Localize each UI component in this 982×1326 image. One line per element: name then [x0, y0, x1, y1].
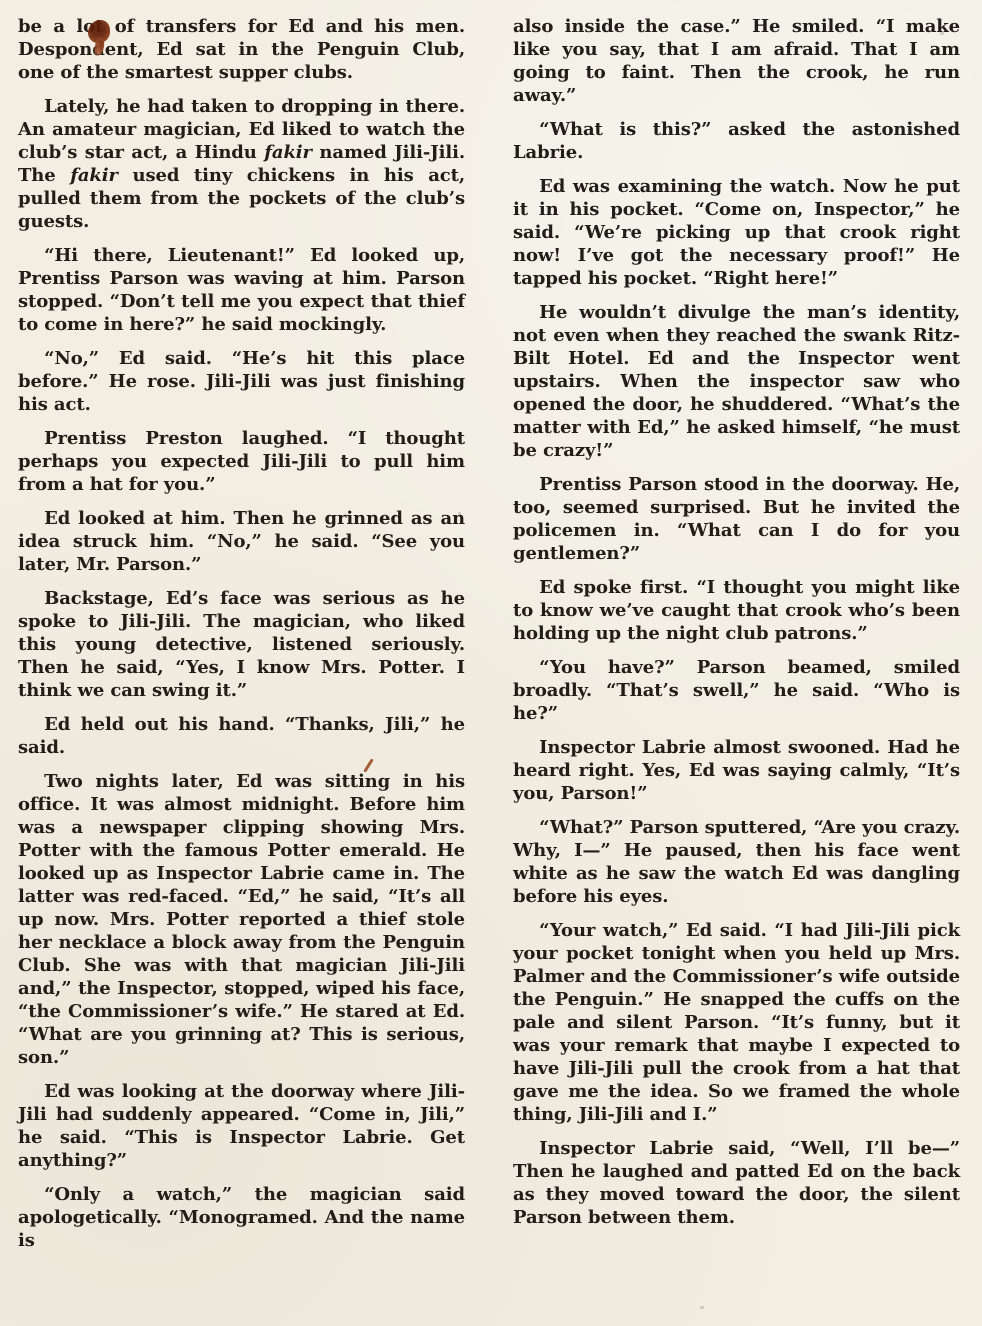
- paragraph: Ed spoke first. “I thought you might lik…: [513, 576, 960, 645]
- paragraph: Ed held out his hand. “Thanks, Jili,” he…: [18, 713, 465, 759]
- paragraph: Ed was examining the watch. Now he put i…: [513, 175, 960, 290]
- paragraph: “Hi there, Lieutenant!” Ed looked up, Pr…: [18, 244, 465, 336]
- paragraph: also inside the case.” He smiled. “I mak…: [513, 15, 960, 107]
- paragraph: “You have?” Parson beamed, smiled broadl…: [513, 656, 960, 725]
- paragraph: “Only a watch,” the magician said apolog…: [18, 1183, 465, 1252]
- paper-speckle: [458, 512, 461, 515]
- paper-speckle: [700, 1306, 704, 1309]
- paragraph: “What?” Parson sputtered, “Are you crazy…: [513, 816, 960, 908]
- left-column: be a lot of transfers for Ed and his men…: [18, 15, 465, 1318]
- paragraph: Ed looked at him. Then he grinned as an …: [18, 507, 465, 576]
- paragraph: “No,” Ed said. “He’s hit this place befo…: [18, 347, 465, 416]
- paragraph: Ed was looking at the doorway where Jili…: [18, 1080, 465, 1172]
- paragraph: He wouldn’t divulge the man’s identity, …: [513, 301, 960, 462]
- paragraph: Lately, he had taken to dropping in ther…: [18, 95, 465, 233]
- story-page: be a lot of transfers for Ed and his men…: [0, 0, 982, 1326]
- right-column: also inside the case.” He smiled. “I mak…: [513, 15, 960, 1318]
- paragraph: Prentiss Preston laughed. “I thought per…: [18, 427, 465, 496]
- paragraph: Inspector Labrie said, “Well, I’ll be—” …: [513, 1137, 960, 1229]
- paragraph: Prentiss Parson stood in the doorway. He…: [513, 473, 960, 565]
- paragraph: be a lot of transfers for Ed and his men…: [18, 15, 465, 84]
- paragraph: Backstage, Ed’s face was serious as he s…: [18, 587, 465, 702]
- paragraph: Inspector Labrie almost swooned. Had he …: [513, 736, 960, 805]
- ink-blot-stain: [88, 20, 110, 43]
- paragraph: “Your watch,” Ed said. “I had Jili-Jili …: [513, 919, 960, 1126]
- paragraph: “What is this?” asked the astonished Lab…: [513, 118, 960, 164]
- paragraph: Two nights later, Ed was sitting in his …: [18, 770, 465, 1069]
- paper-speckle: [940, 32, 944, 35]
